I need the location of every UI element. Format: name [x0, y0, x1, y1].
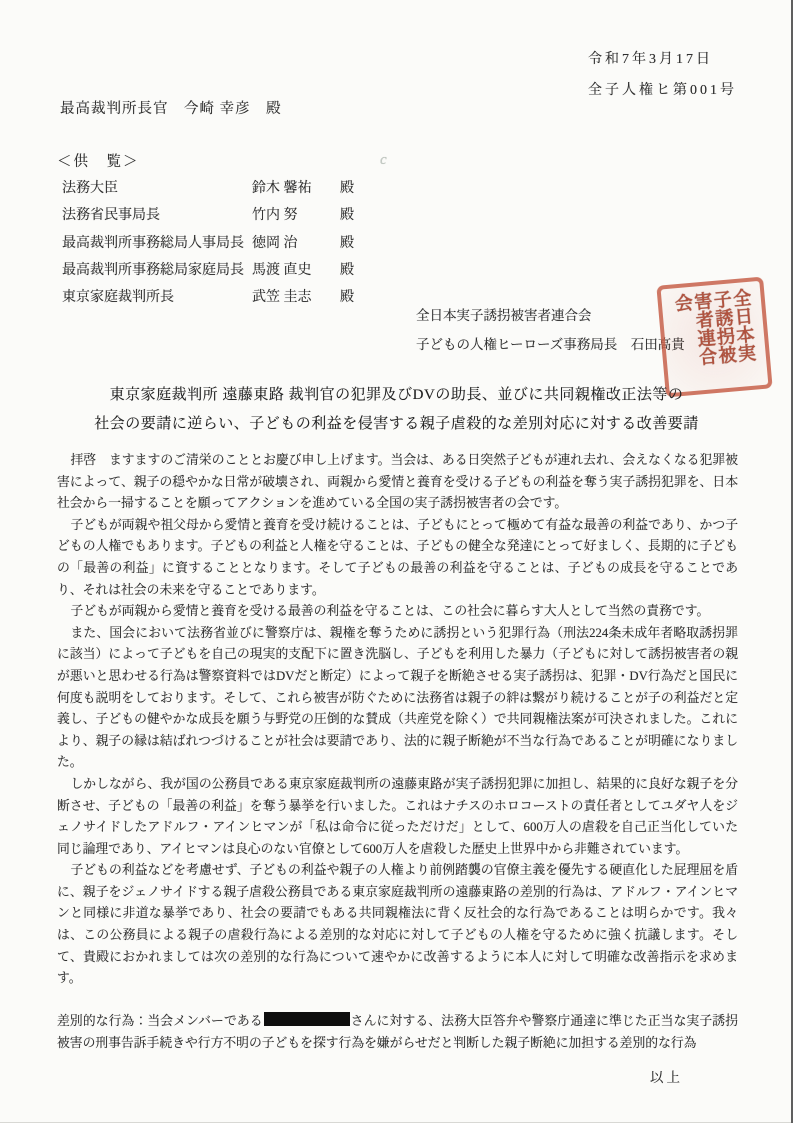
paragraph-protest: 子どもの利益などを考慮せず、子どもの利益や親子の人権より前例踏襲の官僚主義を優先… — [57, 860, 738, 990]
seal-text: 全日本実子誘拐被害者連合会 — [672, 288, 758, 386]
redaction-box — [264, 1012, 350, 1026]
recipient-row: 法務大臣鈴木 馨祐殿 — [62, 175, 354, 202]
recipient-row: 法務省民事局長竹内 努殿 — [62, 202, 354, 229]
redacted-paragraph-before: 差別的な行為：当会メンバーである — [57, 1014, 263, 1028]
recipient-name: 武笠 圭志 — [252, 284, 340, 311]
recipient-list: 法務大臣鈴木 馨祐殿 法務省民事局長竹内 努殿 最高裁判所事務総局人事局長徳岡 … — [62, 175, 354, 311]
discriminatory-act-paragraph: 差別的な行為：当会メンバーであるさんに対する、法務大臣答弁や警察庁通達に準じた正… — [57, 1011, 738, 1054]
recipient-title: 最高裁判所事務総局家庭局長 — [62, 257, 252, 284]
paragraph-duty: 子どもが両親から愛情と養育を受ける最善の利益を守ることは、この社会に暮らす大人と… — [57, 601, 738, 623]
recipient-name: 徳岡 治 — [252, 230, 340, 257]
paragraph-child-interest: 子どもが両親や祖父母から愛情と養育を受け続けることは、子どもにとって極めて有益な… — [57, 515, 738, 601]
recipient-title: 法務省民事局長 — [62, 202, 252, 229]
addressee: 最高裁判所長官 今崎 幸彦 殿 — [60, 97, 282, 118]
sender-signer: 子どもの人権ヒーローズ事務局長 石田高貴 — [416, 330, 685, 359]
scanned-letter-page: 令和7年3月17日 全子人権ヒ第001号 最高裁判所長官 今崎 幸彦 殿 c ＜… — [0, 0, 793, 1123]
recipient-row: 東京家庭裁判所長武笠 圭志殿 — [62, 284, 354, 311]
recipient-title: 法務大臣 — [62, 175, 252, 202]
sender-organization: 全日本実子誘拐被害者連合会 — [416, 301, 685, 330]
paragraph-accusation: しかしながら、我が国の公務員である東京家庭裁判所の遠藤東路が実子誘拐犯罪に加担し… — [57, 774, 738, 860]
organization-seal-stamp: 全日本実子誘拐被害者連合会 — [656, 277, 772, 398]
recipient-name: 鈴木 馨祐 — [252, 175, 340, 202]
recipient-honorific: 殿 — [340, 208, 354, 223]
recipient-row: 最高裁判所事務総局家庭局長馬渡 直史殿 — [62, 257, 354, 284]
letter-body: 拝啓 ますますのご清栄のこととお慶び申し上げます。当会は、ある日突然子どもが連れ… — [57, 450, 738, 1088]
pencil-mark: c — [380, 152, 387, 169]
recipient-honorific: 殿 — [340, 290, 354, 305]
recipient-name: 馬渡 直史 — [252, 257, 340, 284]
recipient-honorific: 殿 — [340, 263, 354, 278]
kyoran-label: ＜供 覧＞ — [57, 150, 140, 171]
document-title-line2: 社会の要請に逆らい、子どもの利益を侵害する親子虐殺的な差別対応に対する改善要請 — [0, 410, 793, 439]
letter-date: 令和7年3月17日 — [588, 44, 737, 75]
recipient-honorific: 殿 — [340, 236, 354, 251]
recipient-name: 竹内 努 — [252, 202, 340, 229]
paragraph-greeting: 拝啓 ますますのご清栄のこととお慶び申し上げます。当会は、ある日突然子どもが連れ… — [57, 450, 738, 515]
paragraph-diet-law: また、国会において法務省並びに警察庁は、親権を奪うために誘拐という犯罪行為（刑法… — [57, 623, 738, 774]
document-title-line1: 東京家庭裁判所 遠藤東路 裁判官の犯罪及びDVの助長、並びに共同親権改正法等の — [0, 381, 793, 410]
document-number: 全子人権ヒ第001号 — [588, 75, 737, 106]
document-title: 東京家庭裁判所 遠藤東路 裁判官の犯罪及びDVの助長、並びに共同親権改正法等の … — [0, 381, 793, 439]
sender-block: 全日本実子誘拐被害者連合会 子どもの人権ヒーローズ事務局長 石田高貴 — [416, 301, 685, 359]
recipient-title: 東京家庭裁判所長 — [62, 284, 252, 311]
closing-ijo: 以上 — [57, 1067, 738, 1089]
recipient-row: 最高裁判所事務総局人事局長徳岡 治殿 — [62, 230, 354, 257]
date-block: 令和7年3月17日 全子人権ヒ第001号 — [588, 44, 737, 106]
recipient-honorific: 殿 — [340, 181, 354, 196]
recipient-title: 最高裁判所事務総局人事局長 — [62, 230, 252, 257]
